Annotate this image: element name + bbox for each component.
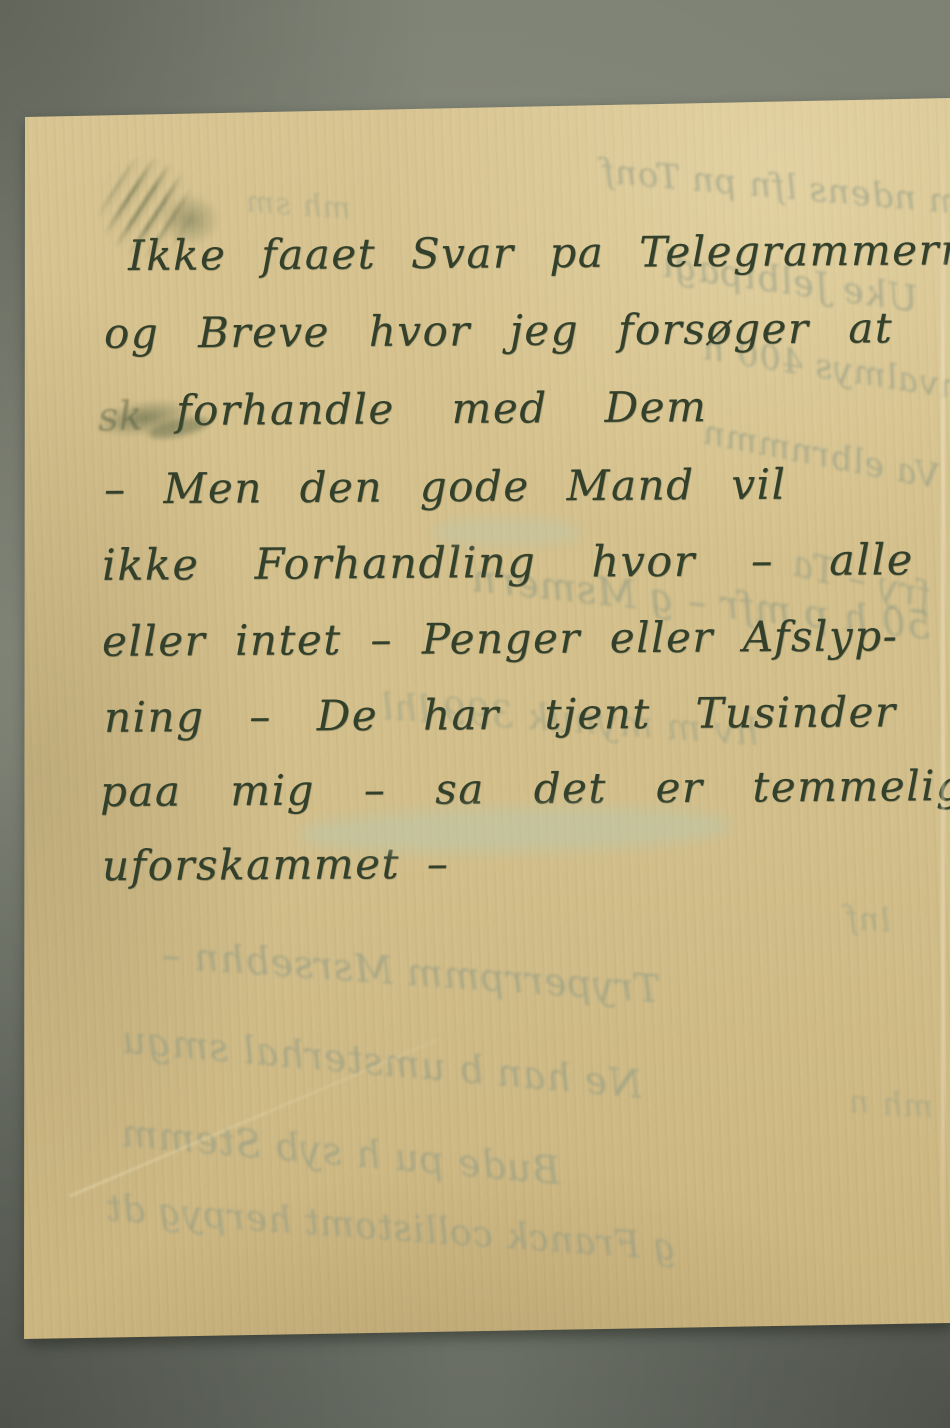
handwriting-line: – Men den gode Mand vil [104, 460, 787, 514]
photo-of-letter: { "scene": { "description": "Photograph … [0, 0, 950, 1428]
bleedthrough-fragment: Tryperrpmm Msrsebhn – [159, 933, 661, 1012]
handwriting-line: eller intet – Penger eller Afslyp- [102, 611, 899, 666]
handwriting-line: og Breve hvor jeg forsøger at [104, 303, 894, 358]
bleedthrough-fragment: Bude pu h syb Stemm [119, 1111, 562, 1193]
bleedthrough-fragment: g Franck collistomt herpyg dt [104, 1188, 677, 1269]
bleedthrough-fragment: lnf [844, 898, 892, 939]
handwriting-line: Ikke faaet Svar pa Telegrammerne [128, 225, 950, 280]
handwriting-line: ning – De har tjent Tusinder [104, 687, 897, 742]
wiped-ink-patch [432, 518, 582, 546]
bleedthrough-fragment: mh n [847, 1082, 935, 1126]
paper-edge-highlight [941, 100, 945, 1320]
handwriting-line: forhandle med Dem [176, 382, 708, 435]
paper-shadow-wrapper: lhn m ndens lfn pn Tonf mh sm Uke Jelbip… [0, 0, 950, 1428]
bleedthrough-fragment: mh sm [244, 184, 352, 226]
bleedthrough-fragment: lhn m ndens lfn pn Tonf [599, 151, 950, 228]
letter-paper: lhn m ndens lfn pn Tonf mh sm Uke Jelbip… [0, 0, 950, 1428]
ink-smudge-top-left [150, 185, 230, 255]
